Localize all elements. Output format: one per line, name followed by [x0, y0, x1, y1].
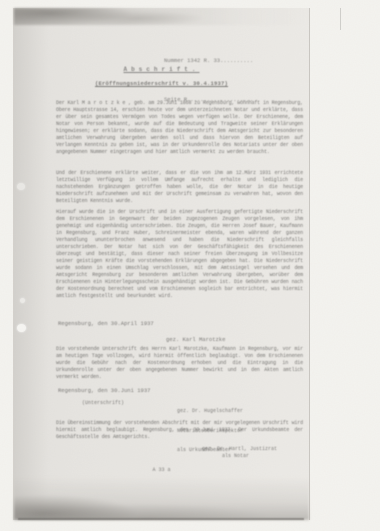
seal-note: (Unterschrift): [82, 400, 124, 407]
paragraph-4: Die vorstehende Unterschrift des Herrn K…: [56, 346, 303, 381]
file-mark: A 33 a: [14, 467, 309, 474]
scan-scratch-artifact: [340, 8, 341, 30]
date-line-1: Regensburg, den 30.April 1937: [58, 320, 154, 327]
punch-hole: [17, 183, 25, 190]
date-line-2: Regensburg, den 30.Juni 1937: [58, 387, 150, 394]
paragraph-2: Und der Erschienene erklärte weiter, das…: [56, 170, 303, 205]
document-page: Nummer 1342 R. 33.......... Seite R.....…: [13, 8, 310, 520]
signature-2: gez. Dr. Hartl, Justizrat: [202, 446, 277, 453]
paragraph-3: Hierauf wurde die in der Urschrift und i…: [56, 209, 303, 300]
signature-1: gez. Karl Marotzke: [166, 336, 225, 343]
paragraph-1: Der Karl M a r o t z k e , geb. am 29.Ju…: [56, 100, 303, 156]
scanned-document-photo: Nummer 1342 R. 33.......... Seite R.....…: [0, 0, 380, 531]
attestation-line: gez. Dr. Hugelschaffer: [177, 408, 243, 415]
paragraph-5: Die Übereinstimmung der vorstehenden Abs…: [56, 420, 303, 441]
signature-2-role: als Notar: [222, 453, 249, 460]
document-title: Abschrift.: [14, 66, 309, 73]
paper-defect-speck: [20, 298, 25, 303]
document-subtitle: (Eröffnungsniederschrift v. 30.4.1937): [14, 80, 309, 87]
punch-hole: [17, 324, 26, 332]
typewritten-content: Nummer 1342 R. 33.......... Seite R.....…: [14, 8, 309, 520]
